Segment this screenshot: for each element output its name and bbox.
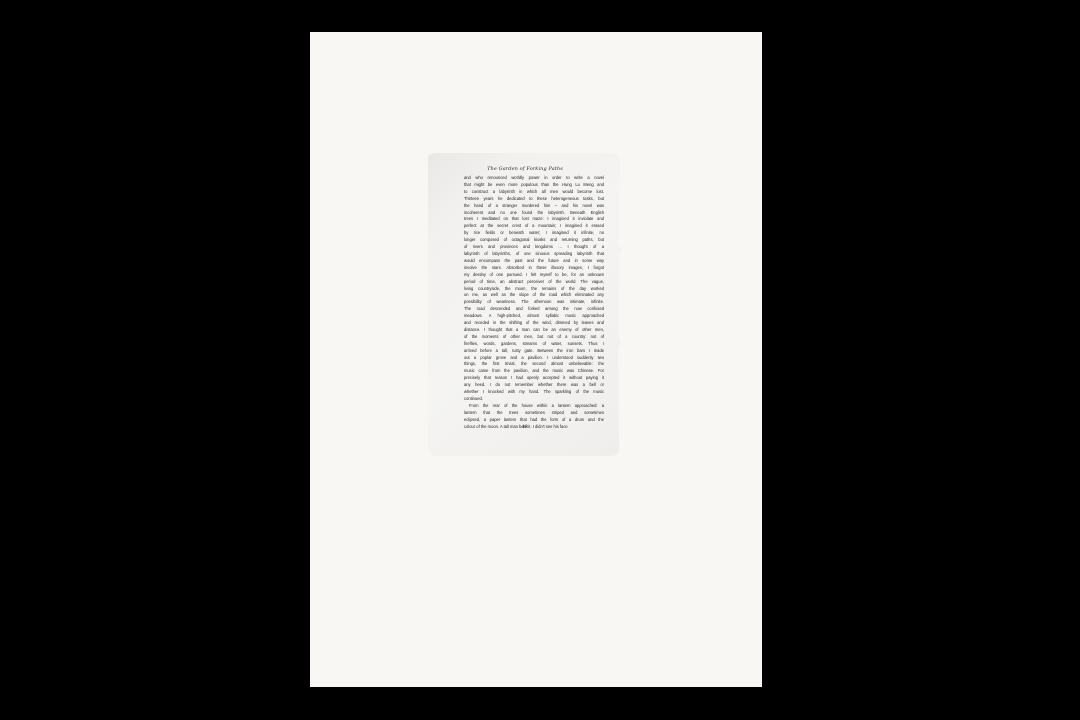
text-line: my destiny of one pursued. I felt myself… — [464, 272, 604, 279]
text-line: arrived before a tall, rusty gate. Betwe… — [464, 348, 604, 355]
text-line: any heed. I do not remember whether ther… — [464, 382, 604, 389]
text-line: distance. I thought that a man can be an… — [464, 327, 604, 334]
text-line: lantern that the trees sometimes striped… — [464, 410, 604, 417]
text-line: out a poplar grove and a pavilion. I und… — [464, 355, 604, 362]
text-line: incoherent and no one found the labyrint… — [464, 210, 604, 217]
text-line: that might be even more populous than th… — [464, 182, 604, 189]
page-number: 48 — [428, 425, 622, 430]
text-line: period of time, an abstract perceiver of… — [464, 279, 604, 286]
text-line: things, the first trivial, the second al… — [464, 361, 604, 368]
torn-book-page: The Garden of Forking Paths and who reno… — [428, 153, 622, 456]
text-line: of the moments of other men, but not of … — [464, 334, 604, 341]
text-line: would encompass the past and the future … — [464, 258, 604, 265]
text-line: From the rear of the house within a lant… — [464, 403, 604, 410]
text-line: trees I meditated on that lost maze: I i… — [464, 216, 604, 223]
text-line: the hand of a stranger murdered him – an… — [464, 203, 604, 210]
text-line: whether I knocked with my hand. The spar… — [464, 389, 604, 396]
text-line: and who renounced worldly power in order… — [464, 175, 604, 182]
running-title: The Garden of Forking Paths — [428, 166, 622, 172]
text-line: Thirteen years he dedicated to these het… — [464, 196, 604, 203]
text-line: music came from the pavilion, and the mu… — [464, 368, 604, 375]
text-line: involve the stars. Absorbed in these ill… — [464, 265, 604, 272]
text-line: eclipsed, a paper lantern that had the f… — [464, 417, 604, 424]
text-line: The road descended and forked among the … — [464, 306, 604, 313]
text-line: to construct a labyrinth in which all me… — [464, 189, 604, 196]
text-line: labyrinth of labyrinths, of one sinuous … — [464, 251, 604, 258]
text-line: meadows. A high-pitched, almost syllabic… — [464, 313, 604, 320]
text-line: perfect at the secret crest of a mountai… — [464, 223, 604, 230]
text-line: fireflies, words, gardens, streams of wa… — [464, 341, 604, 348]
text-line: of rivers and provinces and kingdoms … I… — [464, 244, 604, 251]
page-body-text: and who renounced worldly power in order… — [464, 175, 604, 431]
text-line: by rice fields or beneath water; I imagi… — [464, 230, 604, 237]
text-line: longer composed of octagonal kiosks and … — [464, 237, 604, 244]
text-line: precisely that reason I had openly accep… — [464, 375, 604, 382]
text-line: on me, as well as the slope of the road … — [464, 292, 604, 299]
text-line: possibility of weariness. The afternoon … — [464, 299, 604, 306]
text-line: continued. — [464, 396, 604, 403]
text-line: living countryside, the moon, the remain… — [464, 286, 604, 293]
text-line: and receded in the shifting of the wind,… — [464, 320, 604, 327]
